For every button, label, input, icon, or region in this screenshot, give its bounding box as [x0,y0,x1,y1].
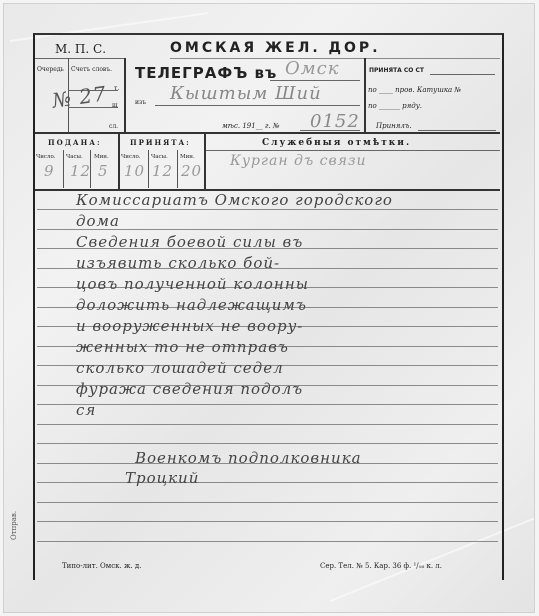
signature-line: Троцкий [125,469,199,487]
divider [124,58,126,132]
origin-value: Кыштым Ший [170,83,322,104]
accepted-from-line [430,74,495,75]
divider [177,150,178,188]
message-line: цовъ полученной колонны [76,275,309,293]
received-by-label: Принялъ. [376,122,412,130]
submitted-min: 5 [98,162,109,180]
message-line: изъявить сколько бой- [76,254,280,272]
destination-line [270,80,360,81]
col-day-submitted: Число. [36,154,56,160]
railway-title: ОМСКАЯ ЖЕЛ. ДОР. [170,40,381,56]
divider [206,150,500,151]
submitted-hours: 12 [70,162,91,180]
word-count-row-t: т. [114,85,119,92]
message-line: Сведения боевой силы въ [76,233,303,251]
message-line: фуража сведения подолъ [76,380,303,398]
ministry-label: М. П. С. [55,42,106,56]
queue-label: Очередь [37,66,64,73]
divider [364,58,366,132]
printer-imprint: Типо-лит. Омск. ж. д. [62,562,141,570]
side-stamp: Отправ. [10,511,18,540]
service-notes-header: Служебныя отмѣтки. [262,138,411,148]
signature-line: Военкомъ подполковника [135,449,362,467]
telegram-number: 0152 [310,111,360,132]
submitted-header: ПОДАНА: [48,138,102,147]
wire-label: по ____ пров. Катушка № [368,86,461,94]
word-count-row-sl: сл. [109,123,118,130]
divider [170,58,500,59]
ruled-line [37,209,498,210]
message-line: доложить надлежащимъ [76,296,307,314]
accepted-hours: 12 [152,162,173,180]
ruled-line [37,404,498,405]
divider [148,150,149,188]
ruled-line [37,521,498,522]
message-line: ся [76,401,96,419]
divider [35,58,125,59]
col-min-accepted: Мин. [180,154,195,160]
ruled-line [37,424,498,425]
word-count-row-sch: щ [112,102,118,109]
received-by-line [418,130,496,131]
divider [63,150,64,188]
divider [35,132,500,134]
divider [204,132,206,190]
accepted-from-label: ПРИНЯТА СО СТ [369,67,424,74]
col-hours-submitted: Часы. [66,154,83,160]
accepted-day: 10 [124,162,145,180]
word-count-label: Счетъ словъ. [71,66,112,73]
ruled-line [37,541,498,542]
ruled-line [37,443,498,444]
message-line: Комиссариатъ Омского городского [76,191,393,209]
accepted-header: ПРИНЯТА: [130,138,191,147]
message-line: дома [76,212,120,230]
origin-label: изъ [135,99,146,106]
message-line: женных то не отправъ [76,338,289,356]
month-year-label: мѣс. 191__ г. № [222,122,280,130]
col-day-accepted: Число. [121,154,141,160]
origin-line [155,105,360,106]
message-line: и вооруженных не воору- [76,317,303,335]
message-line: сколько лошадей седел [76,359,284,377]
submitted-day: 9 [44,162,55,180]
service-note-value: Курган дъ связи [230,153,367,169]
telegraph-label: ТЕЛЕГРАФЪ въ [135,64,277,82]
divider [118,132,120,190]
series-imprint: Сер. Тел. № 5. Кар. 36 ф. ¹/₁₆ к. л. [320,562,442,570]
destination-value: Омск [285,58,340,79]
ruled-line [37,502,498,503]
col-hours-accepted: Часы. [151,154,168,160]
ruled-line [37,482,498,483]
col-min-submitted: Мин. [94,154,109,160]
accepted-min: 20 [181,162,202,180]
order-label: по ______ ряду. [368,102,422,110]
